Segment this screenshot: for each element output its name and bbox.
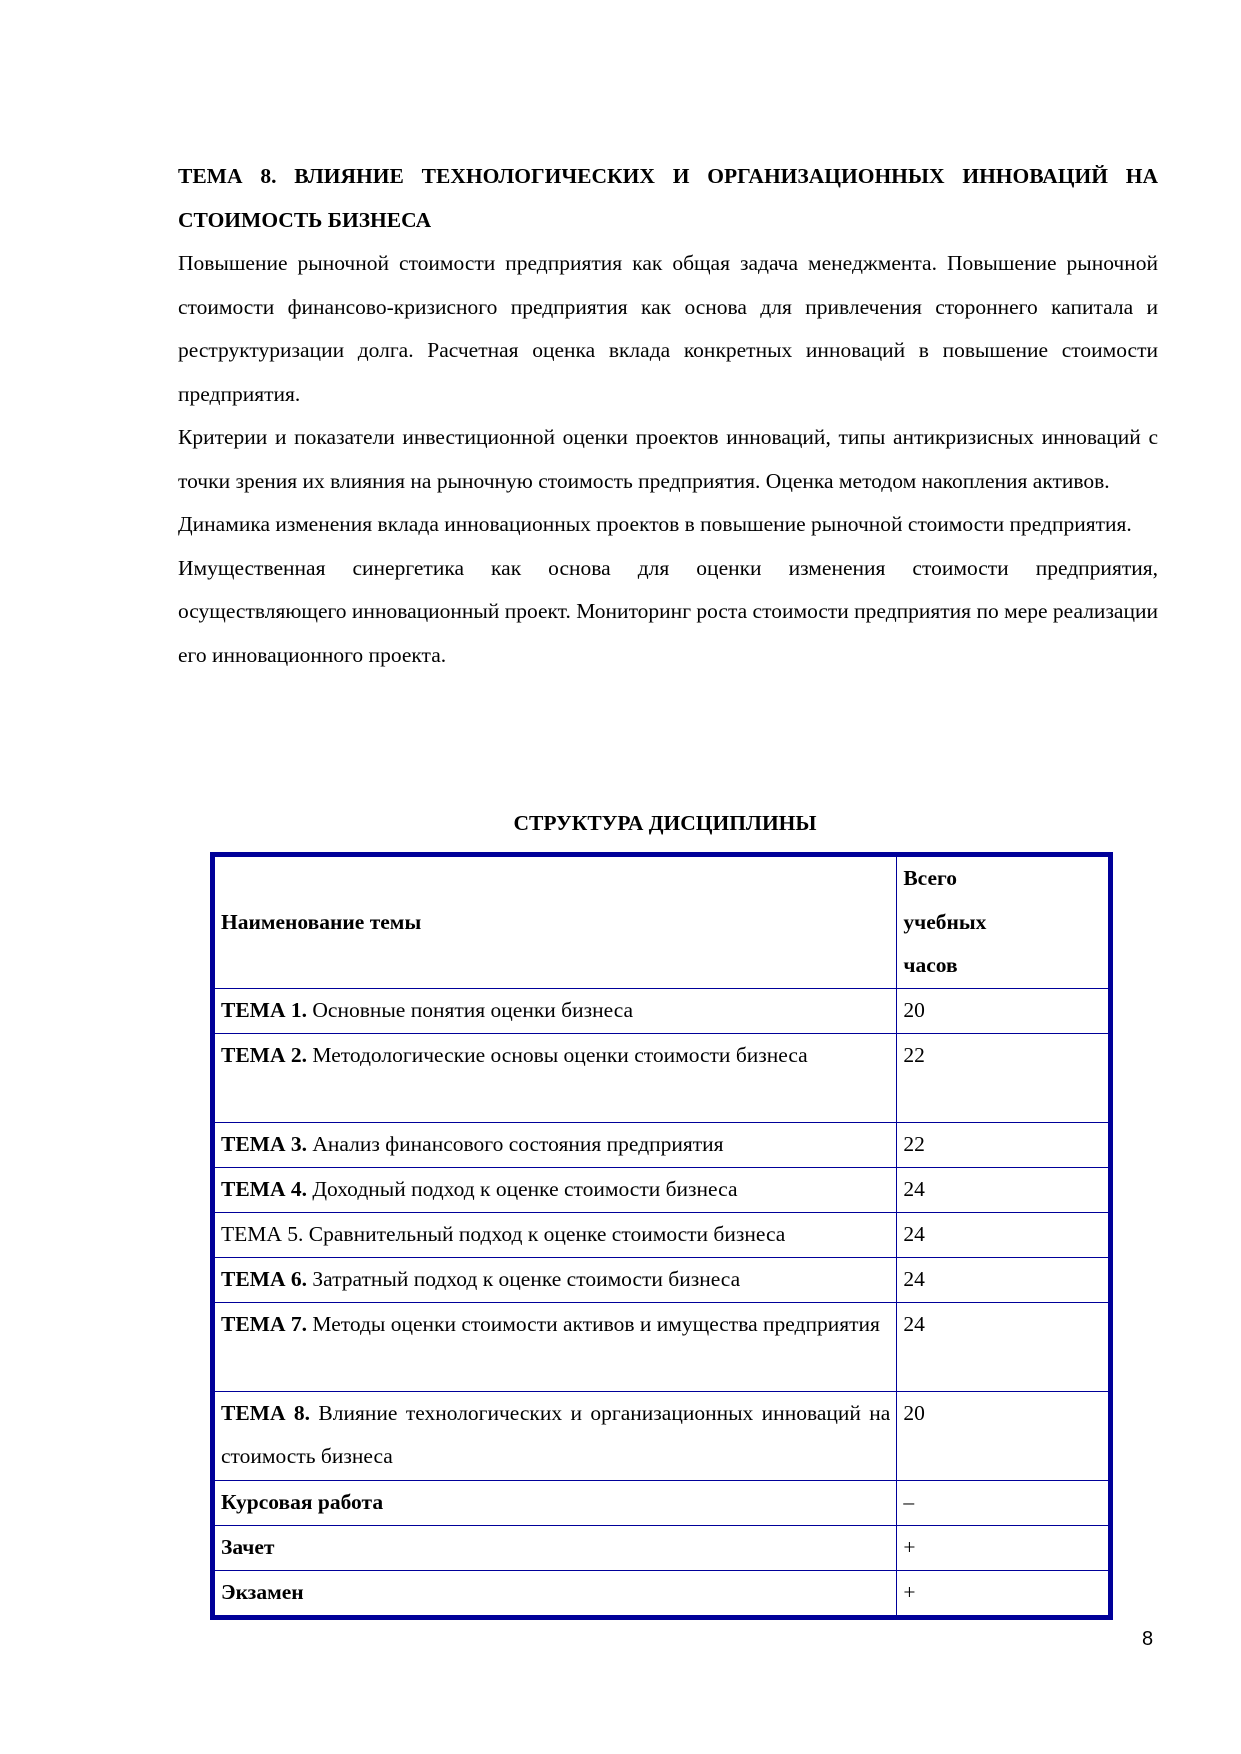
page-number: 8 xyxy=(1142,1628,1153,1651)
structure-table: Наименование темы Всего учебных часов ТЕ… xyxy=(210,852,1113,1620)
topic-cell: ТЕМА 4. Доходный подход к оценке стоимос… xyxy=(213,1167,897,1212)
header-name: Наименование темы xyxy=(213,855,897,989)
table-row: ТЕМА 2. Методологические основы оценки с… xyxy=(213,1033,1111,1122)
topic-title: Методологические основы оценки стоимости… xyxy=(312,1043,807,1067)
table-row: ТЕМА 4. Доходный подход к оценке стоимос… xyxy=(213,1167,1111,1212)
extra-value: + xyxy=(897,1570,1111,1617)
topic-title: Анализ финансового состояния предприятия xyxy=(312,1132,723,1156)
table-row: ТЕМА 5. Сравнительный подход к оценке ст… xyxy=(213,1212,1111,1257)
topic-label: ТЕМА 7. xyxy=(221,1312,307,1336)
topic-cell: ТЕМА 1. Основные понятия оценки бизнеса xyxy=(213,988,897,1033)
table-row-credit: Зачет + xyxy=(213,1525,1111,1570)
topic-label: ТЕМА 8. xyxy=(221,1401,310,1425)
topic-cell: ТЕМА 6. Затратный подход к оценке стоимо… xyxy=(213,1257,897,1302)
topic-title: Затратный подход к оценке стоимости бизн… xyxy=(312,1267,740,1291)
topic-label: ТЕМА 4. xyxy=(221,1177,307,1201)
topic-label: ТЕМА 6. xyxy=(221,1267,307,1291)
hours-cell: 22 xyxy=(897,1122,1111,1167)
table-row: ТЕМА 7. Методы оценки стоимости активов … xyxy=(213,1302,1111,1391)
topic-label: ТЕМА 1. xyxy=(221,998,307,1022)
table-row-coursework: Курсовая работа – xyxy=(213,1480,1111,1525)
topic-cell: ТЕМА 7. Методы оценки стоимости активов … xyxy=(213,1302,897,1391)
table-header-row: Наименование темы Всего учебных часов xyxy=(213,855,1111,989)
topic-label: ТЕМА 5. xyxy=(221,1222,303,1246)
paragraph-2: Критерии и показатели инвестиционной оце… xyxy=(178,416,1158,503)
topic-title: Доходный подход к оценке стоимости бизне… xyxy=(312,1177,737,1201)
topic-cell: ТЕМА 5. Сравнительный подход к оценке ст… xyxy=(213,1212,897,1257)
section-heading: ТЕМА 8. ВЛИЯНИЕ ТЕХНОЛОГИЧЕСКИХ И ОРГАНИ… xyxy=(178,155,1158,242)
header-hours: Всего учебных часов xyxy=(897,855,1111,989)
paragraph-1: Повышение рыночной стоимости предприятия… xyxy=(178,242,1158,416)
hours-cell: 24 xyxy=(897,1257,1111,1302)
topic-title: Влияние технологических и организационны… xyxy=(221,1401,890,1469)
header-hours-line2: учебных xyxy=(903,901,1102,945)
structure-title: СТРУКТУРА ДИСЦИПЛИНЫ xyxy=(0,806,1241,840)
header-hours-line3: часов xyxy=(903,944,1102,988)
table-row: ТЕМА 6. Затратный подход к оценке стоимо… xyxy=(213,1257,1111,1302)
topic-title: Методы оценки стоимости активов и имущес… xyxy=(312,1312,880,1336)
topic-cell: ТЕМА 3. Анализ финансового состояния пре… xyxy=(213,1122,897,1167)
hours-cell: 20 xyxy=(897,1391,1111,1480)
table-row: ТЕМА 1. Основные понятия оценки бизнеса … xyxy=(213,988,1111,1033)
extra-name: Курсовая работа xyxy=(213,1480,897,1525)
hours-cell: 20 xyxy=(897,988,1111,1033)
table-row: ТЕМА 3. Анализ финансового состояния пре… xyxy=(213,1122,1111,1167)
paragraph-4: Имущественная синергетика как основа для… xyxy=(178,547,1158,678)
hours-cell: 24 xyxy=(897,1167,1111,1212)
extra-name: Экзамен xyxy=(213,1570,897,1617)
topic-title: Сравнительный подход к оценке стоимости … xyxy=(309,1222,786,1246)
topic-label: ТЕМА 2. xyxy=(221,1043,307,1067)
hours-cell: 24 xyxy=(897,1212,1111,1257)
extra-value: + xyxy=(897,1525,1111,1570)
topic-title: Основные понятия оценки бизнеса xyxy=(312,998,633,1022)
header-hours-line1: Всего xyxy=(903,857,1102,901)
extra-value: – xyxy=(897,1480,1111,1525)
hours-cell: 24 xyxy=(897,1302,1111,1391)
topic-label: ТЕМА 3. xyxy=(221,1132,307,1156)
table-row-exam: Экзамен + xyxy=(213,1570,1111,1617)
paragraph-3: Динамика изменения вклада инновационных … xyxy=(178,503,1158,547)
page-body: ТЕМА 8. ВЛИЯНИЕ ТЕХНОЛОГИЧЕСКИХ И ОРГАНИ… xyxy=(178,155,1158,677)
topic-cell: ТЕМА 2. Методологические основы оценки с… xyxy=(213,1033,897,1122)
topic-cell: ТЕМА 8. Влияние технологических и органи… xyxy=(213,1391,897,1480)
extra-name: Зачет xyxy=(213,1525,897,1570)
hours-cell: 22 xyxy=(897,1033,1111,1122)
table-row: ТЕМА 8. Влияние технологических и органи… xyxy=(213,1391,1111,1480)
